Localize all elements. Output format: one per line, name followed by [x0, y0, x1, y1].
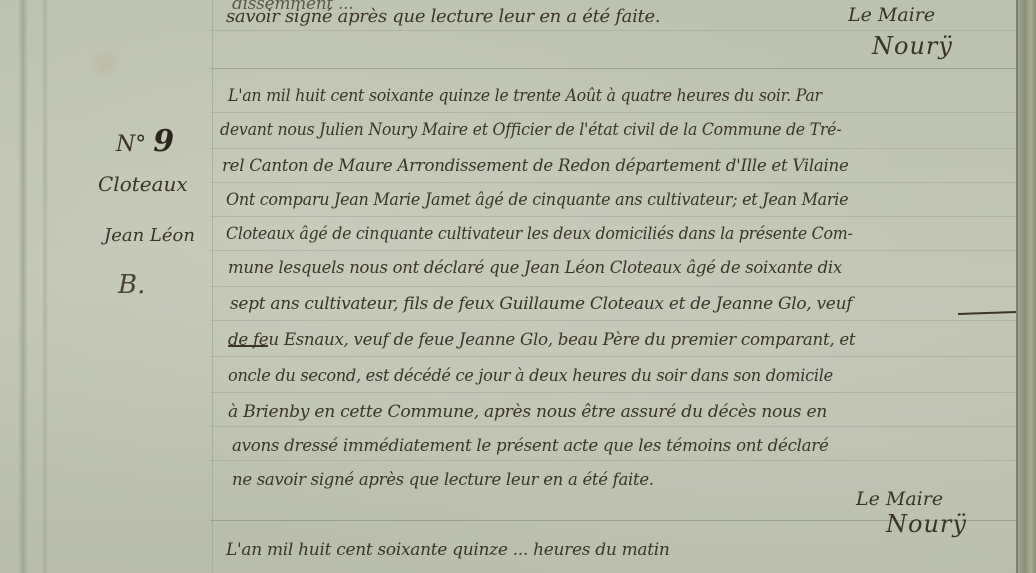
entry-line: oncle du second, est décédé ce jour à de… — [228, 366, 833, 386]
acte-number-prefix: N° — [116, 132, 146, 157]
acte-number-value: 9 — [153, 124, 174, 159]
entry-separator — [210, 68, 1018, 69]
ruling-line — [210, 30, 1018, 31]
entry-line: sept ans cultivateur, fils de feux Guill… — [230, 294, 852, 314]
entry-line: Cloteaux âgé de cinquante cultivateur le… — [226, 224, 853, 244]
entry-line: L'an mil huit cent soixante quinze le tr… — [228, 86, 822, 106]
entry-line: avons dressé immédiatement le présent ac… — [232, 436, 829, 456]
margin-surname: Cloteaux — [98, 172, 188, 196]
entry-line: ne savoir signé après que lecture leur e… — [232, 470, 654, 490]
previous-signature-title: Le Maire — [848, 4, 935, 26]
entry-line: mune lesquels nous ont déclaré que Jean … — [228, 258, 842, 278]
strike-mark — [958, 311, 1016, 315]
signature-name: Nourÿ — [886, 510, 967, 538]
ruling-line — [210, 148, 1018, 149]
binding-edge — [1018, 0, 1036, 573]
next-entry-line: L'an mil huit cent soixante quinze ... h… — [226, 540, 670, 560]
entry-line: devant nous Julien Noury Maire et Offici… — [220, 120, 841, 140]
paper-stain — [88, 44, 122, 84]
previous-entry-line: savoir signé après que lecture leur en a… — [226, 6, 660, 27]
ruling-line — [210, 460, 1018, 461]
entry-line: rel Canton de Maure Arrondissement de Re… — [222, 156, 849, 176]
strike-mark — [228, 345, 268, 347]
ruling-line — [210, 320, 1018, 321]
ruling-line — [210, 216, 1018, 217]
ruling-line — [210, 356, 1018, 357]
ruling-line — [210, 426, 1018, 427]
entry-line: de feu Esnaux, veuf de feue Jeanne Glo, … — [228, 330, 855, 350]
margin-given-names: Jean Léon — [104, 225, 195, 246]
ruling-line — [210, 112, 1018, 113]
margin-paraph: B. — [118, 270, 145, 300]
ruling-line — [210, 182, 1018, 183]
register-page: dissemment ... savoir signé après que le… — [0, 0, 1036, 573]
ruling-line — [210, 286, 1018, 287]
ruling-line — [210, 250, 1018, 251]
binding-fold — [18, 0, 28, 573]
entry-line: à Brienby en cette Commune, après nous ê… — [228, 402, 827, 422]
signature-title: Le Maire — [856, 488, 943, 510]
ruling-line — [210, 392, 1018, 393]
acte-number: N° 9 — [116, 124, 174, 159]
previous-signature-name: Nourÿ — [872, 32, 953, 60]
entry-line: Ont comparu Jean Marie Jamet âgé de cinq… — [226, 190, 848, 210]
binding-fold — [42, 0, 48, 573]
